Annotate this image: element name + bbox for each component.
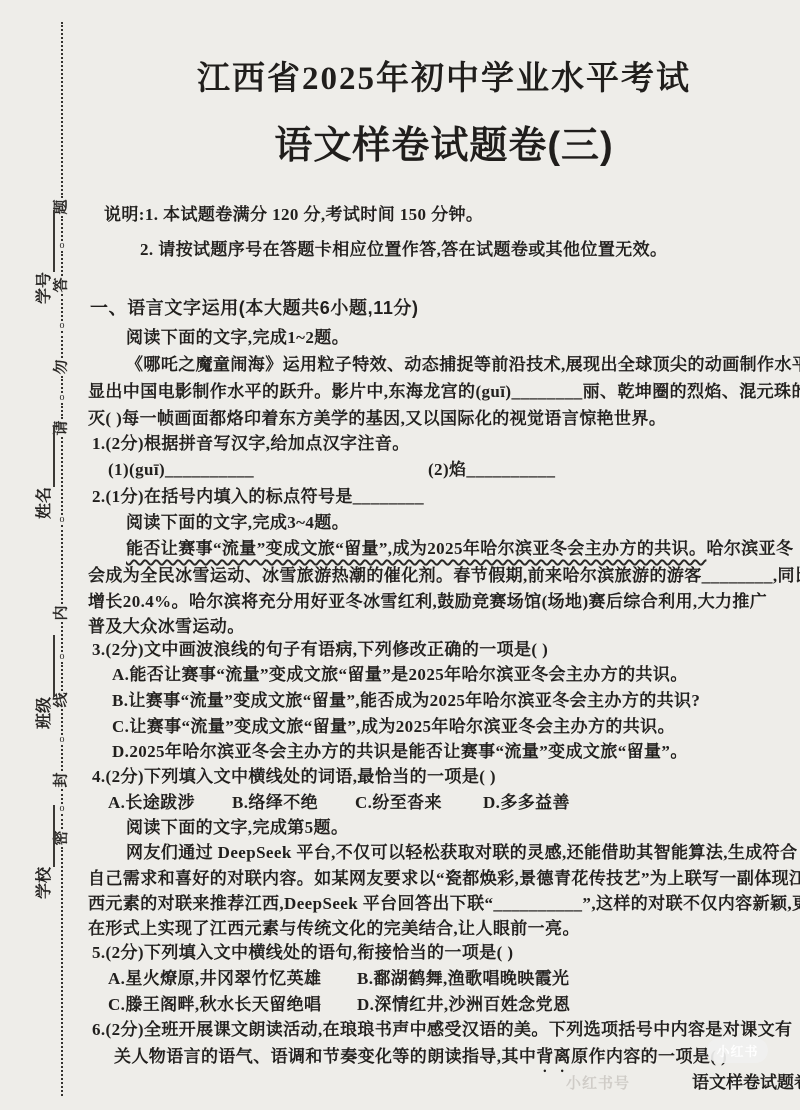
student-id-blank-line bbox=[35, 210, 55, 272]
question-1-blank-2: (2)焰__________ bbox=[428, 458, 555, 482]
deepseek-paragraph-line-4: 在形式上实现了江西元素与传统文化的完美结合,让人眼前一亮。 bbox=[88, 917, 580, 941]
seal-char: 线 bbox=[53, 692, 71, 707]
question-2-stem: 2.(1分)在括号内填入的标点符号是________ bbox=[92, 485, 424, 509]
question-5-option-c: C.滕王阁畔,秋水长天留绝唱 bbox=[108, 993, 321, 1017]
seal-char: 题 bbox=[53, 199, 71, 214]
seal-line: 题 o 答 o 勿 o 请 o 内 o 线 o 封 o 密 bbox=[53, 22, 71, 1096]
question-1-stem: 1.(2分)根据拼音写汉字,给加点汉字注音。 bbox=[92, 432, 410, 456]
reading-prompt-3-4: 阅读下面的文字,完成3~4题。 bbox=[126, 511, 349, 535]
question-4-option-b: B.络绎不绝 bbox=[232, 791, 318, 815]
question-4-option-c: C.纷至沓来 bbox=[355, 791, 442, 815]
wavy-underlined-sentence: 能否让赛事“流量”变成文旅“留量”,成为2025年哈尔滨亚冬会主办方的共识。 bbox=[126, 539, 706, 558]
seal-char: 密 bbox=[53, 830, 71, 845]
seal-separator: o bbox=[60, 393, 65, 403]
seal-separator: o bbox=[60, 652, 65, 662]
name-blank-line bbox=[35, 425, 55, 487]
seal-char: 内 bbox=[53, 605, 71, 620]
question-3-option-d: D.2025年哈尔滨亚冬会主办方的共识是能否让赛事“流量”变成文旅“留量”。 bbox=[112, 740, 688, 764]
reading-prompt-1-2: 阅读下面的文字,完成1~2题。 bbox=[126, 326, 349, 350]
question-6-stem-line-2: 关人物语言的语气、语调和节奏变化等的朗读指导,其中背离原作内容的一项是( ) bbox=[114, 1045, 727, 1076]
question-4-option-a: A.长途跋涉 bbox=[108, 791, 195, 815]
seal-char: 封 bbox=[53, 772, 71, 787]
question-6-line-2-post: 原作内容的一项是( ) bbox=[571, 1047, 727, 1066]
school-label: 学校 bbox=[35, 867, 55, 899]
school-blank-line bbox=[35, 805, 55, 867]
question-6-stem-line-1: 6.(2分)全班开展课文朗读活动,在琅琅书声中感受汉语的美。下列选项括号中内容是… bbox=[92, 1018, 792, 1042]
seal-dots bbox=[61, 22, 63, 198]
xiaohongshu-watermark-badge: 小红书 bbox=[707, 1038, 768, 1063]
harbin-line-1-rest: 哈尔滨亚冬 bbox=[706, 539, 793, 558]
seal-separator: o bbox=[60, 735, 65, 745]
class-field: 班级 bbox=[33, 629, 55, 729]
seal-separator: o bbox=[60, 321, 65, 331]
question-5-option-d: D.深情红井,沙洲百姓念党恩 bbox=[357, 993, 570, 1017]
class-label: 班级 bbox=[35, 697, 55, 729]
xiaohongshu-id-watermark: 小红书号 bbox=[566, 1072, 630, 1093]
page-footer-label: 语文样卷试题卷 bbox=[692, 1068, 800, 1093]
deepseek-paragraph-line-1: 网友们通过 DeepSeek 平台,不仅可以轻松获取对联的灵感,还能借助其智能算… bbox=[126, 841, 797, 865]
question-4-stem: 4.(2分)下列填入文中横线处的词语,最恰当的一项是( ) bbox=[92, 765, 496, 789]
question-6-line-2-pre: 关人物语言的语气、语调和节奏变化等的朗读指导,其中 bbox=[114, 1047, 536, 1066]
student-id-label: 学号 bbox=[35, 272, 55, 304]
harbin-paragraph-line-4: 普及大众冰雪运动。 bbox=[88, 615, 245, 639]
exam-title: 江西省2025年初中学业水平考试 bbox=[88, 52, 800, 99]
seal-separator: o bbox=[60, 804, 65, 814]
nezha-paragraph-line-2: 显出中国电影制作水平的跃升。影片中,东海龙宫的(guī)________丽、乾坤… bbox=[88, 380, 800, 404]
seal-char: 勿 bbox=[53, 359, 71, 374]
nezha-paragraph-line-3: 灭( )每一帧画面都烙印着东方美学的基因,又以国际化的视觉语言惊艳世界。 bbox=[88, 407, 666, 431]
question-5-stem: 5.(2分)下列填入文中横线处的语句,衔接恰当的一项是( ) bbox=[92, 941, 513, 965]
question-5-option-a: A.星火燎原,井冈翠竹忆英雄 bbox=[108, 967, 321, 991]
question-3-option-a: A.能否让赛事“流量”变成文旅“留量”是2025年哈尔滨亚冬会主办方的共识。 bbox=[112, 663, 688, 687]
question-3-stem: 3.(2分)文中画波浪线的句子有语病,下列修改正确的一项是( ) bbox=[92, 638, 548, 662]
nezha-paragraph-line-1: 《哪吒之魔童闹海》运用粒子特效、动态捕捉等前沿技术,展现出全球顶尖的动画制作水平… bbox=[126, 353, 800, 377]
student-id-field: 学号 bbox=[33, 204, 55, 304]
seal-char: 请 bbox=[53, 420, 71, 435]
paper-title: 语文样卷试题卷(三) bbox=[88, 114, 800, 169]
question-4-option-d: D.多多益善 bbox=[483, 791, 570, 815]
deepseek-paragraph-line-2: 自己需求和喜好的对联内容。如某网友要求以“瓷都焕彩,景德青花传技艺”为上联写一副… bbox=[88, 867, 800, 891]
name-field: 姓名 bbox=[33, 419, 55, 519]
reading-prompt-5: 阅读下面的文字,完成第5题。 bbox=[126, 816, 348, 840]
instructions-line-2: 2. 请按试题序号在答题卡相应位置作答,答在试题卷或其他位置无效。 bbox=[140, 238, 667, 262]
question-3-option-b: B.让赛事“流量”变成文旅“留量”,能否成为2025年哈尔滨亚冬会主办方的共识? bbox=[112, 689, 700, 713]
seal-separator: o bbox=[60, 241, 65, 251]
question-3-option-c: C.让赛事“流量”变成文旅“留量”,成为2025年哈尔滨亚冬会主办方的共识。 bbox=[112, 715, 675, 739]
section-1-heading: 一、语言文字运用(本大题共6小题,11分) bbox=[90, 296, 419, 320]
seal-separator: o bbox=[60, 515, 65, 525]
school-field: 学校 bbox=[33, 799, 55, 899]
class-blank-line bbox=[35, 635, 55, 697]
exam-paper-page: 题 o 答 o 勿 o 请 o 内 o 线 o 封 o 密 学号 姓名 bbox=[0, 0, 800, 1110]
emphasized-word: 背离 bbox=[536, 1047, 571, 1066]
instructions-line-1: 说明:1. 本试题卷满分 120 分,考试时间 150 分钟。 bbox=[104, 203, 483, 227]
harbin-paragraph-line-3: 增长20.4%。哈尔滨将充分用好亚冬冰雪红利,鼓励竞赛场馆(场地)赛后综合利用,… bbox=[88, 590, 767, 614]
harbin-paragraph-line-1: 能否让赛事“流量”变成文旅“留量”,成为2025年哈尔滨亚冬会主办方的共识。哈尔… bbox=[126, 537, 793, 561]
question-5-option-b: B.鄱湖鹤舞,渔歌唱晚映霞光 bbox=[357, 967, 569, 991]
question-1-blank-1: (1)(guī)__________ bbox=[108, 458, 254, 482]
deepseek-paragraph-line-3: 西元素的对联来推荐江西,DeepSeek 平台回答出下联“__________”… bbox=[88, 892, 800, 916]
seal-char: 答 bbox=[53, 277, 71, 292]
harbin-paragraph-line-2: 会成为全民冰雪运动、冰雪旅游热潮的催化剂。春节假期,前来哈尔滨旅游的游客____… bbox=[88, 564, 800, 588]
name-label: 姓名 bbox=[35, 487, 55, 519]
